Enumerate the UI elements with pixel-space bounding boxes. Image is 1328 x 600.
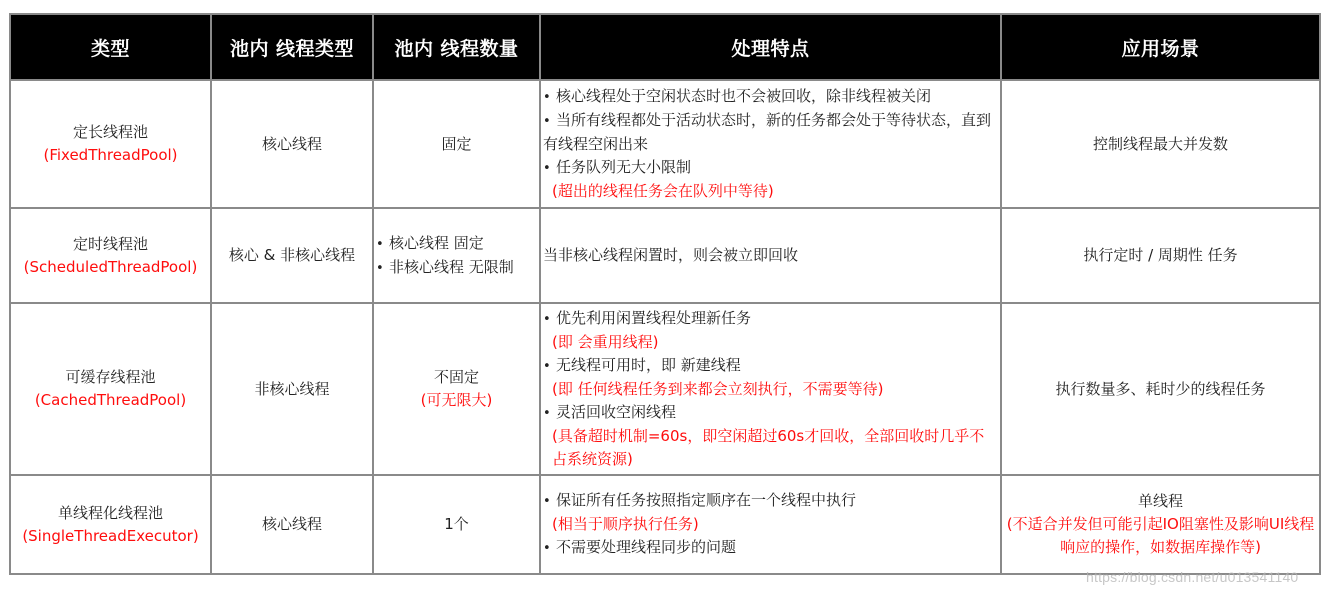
- pool-name: 定长线程池: [11, 121, 210, 144]
- table-row: 定长线程池 (FixedThreadPool) 核心线程 固定 核心线程处于空闲…: [10, 80, 1320, 208]
- pool-class: (CachedThreadPool): [11, 389, 210, 412]
- table-row: 定时线程池 (ScheduledThreadPool) 核心 & 非核心线程 核…: [10, 208, 1320, 303]
- thread-count-value: 不固定: [374, 366, 539, 389]
- thread-pool-comparison-table: 类型 池内 线程类型 池内 线程数量 处理特点 应用场景 定长线程池 (Fixe…: [9, 13, 1321, 575]
- feature-item: 灵活回收空闲线程: [543, 401, 996, 425]
- cell-features: 保证所有任务按照指定顺序在一个线程中执行 (相当于顺序执行任务) 不需要处理线程…: [540, 475, 1001, 574]
- feature-item: 无线程可用时，即 新建线程: [543, 354, 996, 378]
- pool-class: (FixedThreadPool): [11, 144, 210, 167]
- cell-type: 可缓存线程池 (CachedThreadPool): [10, 303, 211, 475]
- table-header-row: 类型 池内 线程类型 池内 线程数量 处理特点 应用场景: [10, 14, 1320, 80]
- feature-item: 保证所有任务按照指定顺序在一个线程中执行: [543, 489, 996, 513]
- feature-note: (即 会重用线程): [543, 331, 996, 354]
- pool-name: 可缓存线程池: [11, 366, 210, 389]
- thread-count-item: 核心线程 固定: [376, 232, 535, 256]
- feature-note: (具备超时机制=60s，即空闲超过60s才回收，全部回收时几乎不占系统资源): [543, 425, 996, 471]
- header-features: 处理特点: [540, 14, 1001, 80]
- feature-item: 当非核心线程闲置时，则会被立即回收: [543, 244, 996, 267]
- cell-thread-type: 核心线程: [211, 475, 373, 574]
- table-row: 可缓存线程池 (CachedThreadPool) 非核心线程 不固定 (可无限…: [10, 303, 1320, 475]
- thread-count-note: (可无限大): [374, 389, 539, 412]
- pool-name: 单线程化线程池: [11, 502, 210, 525]
- pool-class: (ScheduledThreadPool): [11, 256, 210, 279]
- cell-features: 核心线程处于空闲状态时也不会被回收，除非线程被关闭 当所有线程都处于活动状态时，…: [540, 80, 1001, 208]
- feature-item: 不需要处理线程同步的问题: [543, 536, 996, 560]
- cell-thread-count: 1个: [373, 475, 540, 574]
- header-type: 类型: [10, 14, 211, 80]
- header-thread-type: 池内 线程类型: [211, 14, 373, 80]
- header-scenario: 应用场景: [1001, 14, 1320, 80]
- cell-thread-type: 核心线程: [211, 80, 373, 208]
- cell-scenario: 单线程 (不适合并发但可能引起IO阻塞性及影响UI线程响应的操作，如数据库操作等…: [1001, 475, 1320, 574]
- header-thread-count: 池内 线程数量: [373, 14, 540, 80]
- cell-scenario: 执行定时 / 周期性 任务: [1001, 208, 1320, 303]
- table-row: 单线程化线程池 (SingleThreadExecutor) 核心线程 1个 保…: [10, 475, 1320, 574]
- thread-count-item: 非核心线程 无限制: [376, 256, 535, 280]
- cell-type: 定长线程池 (FixedThreadPool): [10, 80, 211, 208]
- cell-thread-count: 不固定 (可无限大): [373, 303, 540, 475]
- cell-type: 定时线程池 (ScheduledThreadPool): [10, 208, 211, 303]
- feature-note: (超出的线程任务会在队列中等待): [543, 180, 996, 203]
- cell-thread-type: 非核心线程: [211, 303, 373, 475]
- cell-thread-count: 固定: [373, 80, 540, 208]
- pool-name: 定时线程池: [11, 233, 210, 256]
- feature-item: 优先利用闲置线程处理新任务: [543, 307, 996, 331]
- scenario-value: 单线程: [1002, 490, 1319, 513]
- cell-features: 当非核心线程闲置时，则会被立即回收: [540, 208, 1001, 303]
- cell-type: 单线程化线程池 (SingleThreadExecutor): [10, 475, 211, 574]
- feature-item: 任务队列无大小限制: [543, 156, 996, 180]
- feature-note: (即 任何线程任务到来都会立刻执行，不需要等待): [543, 378, 996, 401]
- feature-item: 核心线程处于空闲状态时也不会被回收，除非线程被关闭: [543, 85, 996, 109]
- feature-item: 当所有线程都处于活动状态时，新的任务都会处于等待状态，直到有线程空闲出来: [543, 109, 996, 156]
- cell-scenario: 控制线程最大并发数: [1001, 80, 1320, 208]
- cell-scenario: 执行数量多、耗时少的线程任务: [1001, 303, 1320, 475]
- cell-features: 优先利用闲置线程处理新任务 (即 会重用线程) 无线程可用时，即 新建线程 (即…: [540, 303, 1001, 475]
- watermark: https://blog.csdn.net/u013541140: [1086, 569, 1298, 585]
- cell-thread-count: 核心线程 固定 非核心线程 无限制: [373, 208, 540, 303]
- cell-thread-type: 核心 & 非核心线程: [211, 208, 373, 303]
- pool-class: (SingleThreadExecutor): [11, 525, 210, 548]
- feature-note: (相当于顺序执行任务): [543, 513, 996, 536]
- scenario-note: (不适合并发但可能引起IO阻塞性及影响UI线程响应的操作，如数据库操作等): [1002, 513, 1319, 559]
